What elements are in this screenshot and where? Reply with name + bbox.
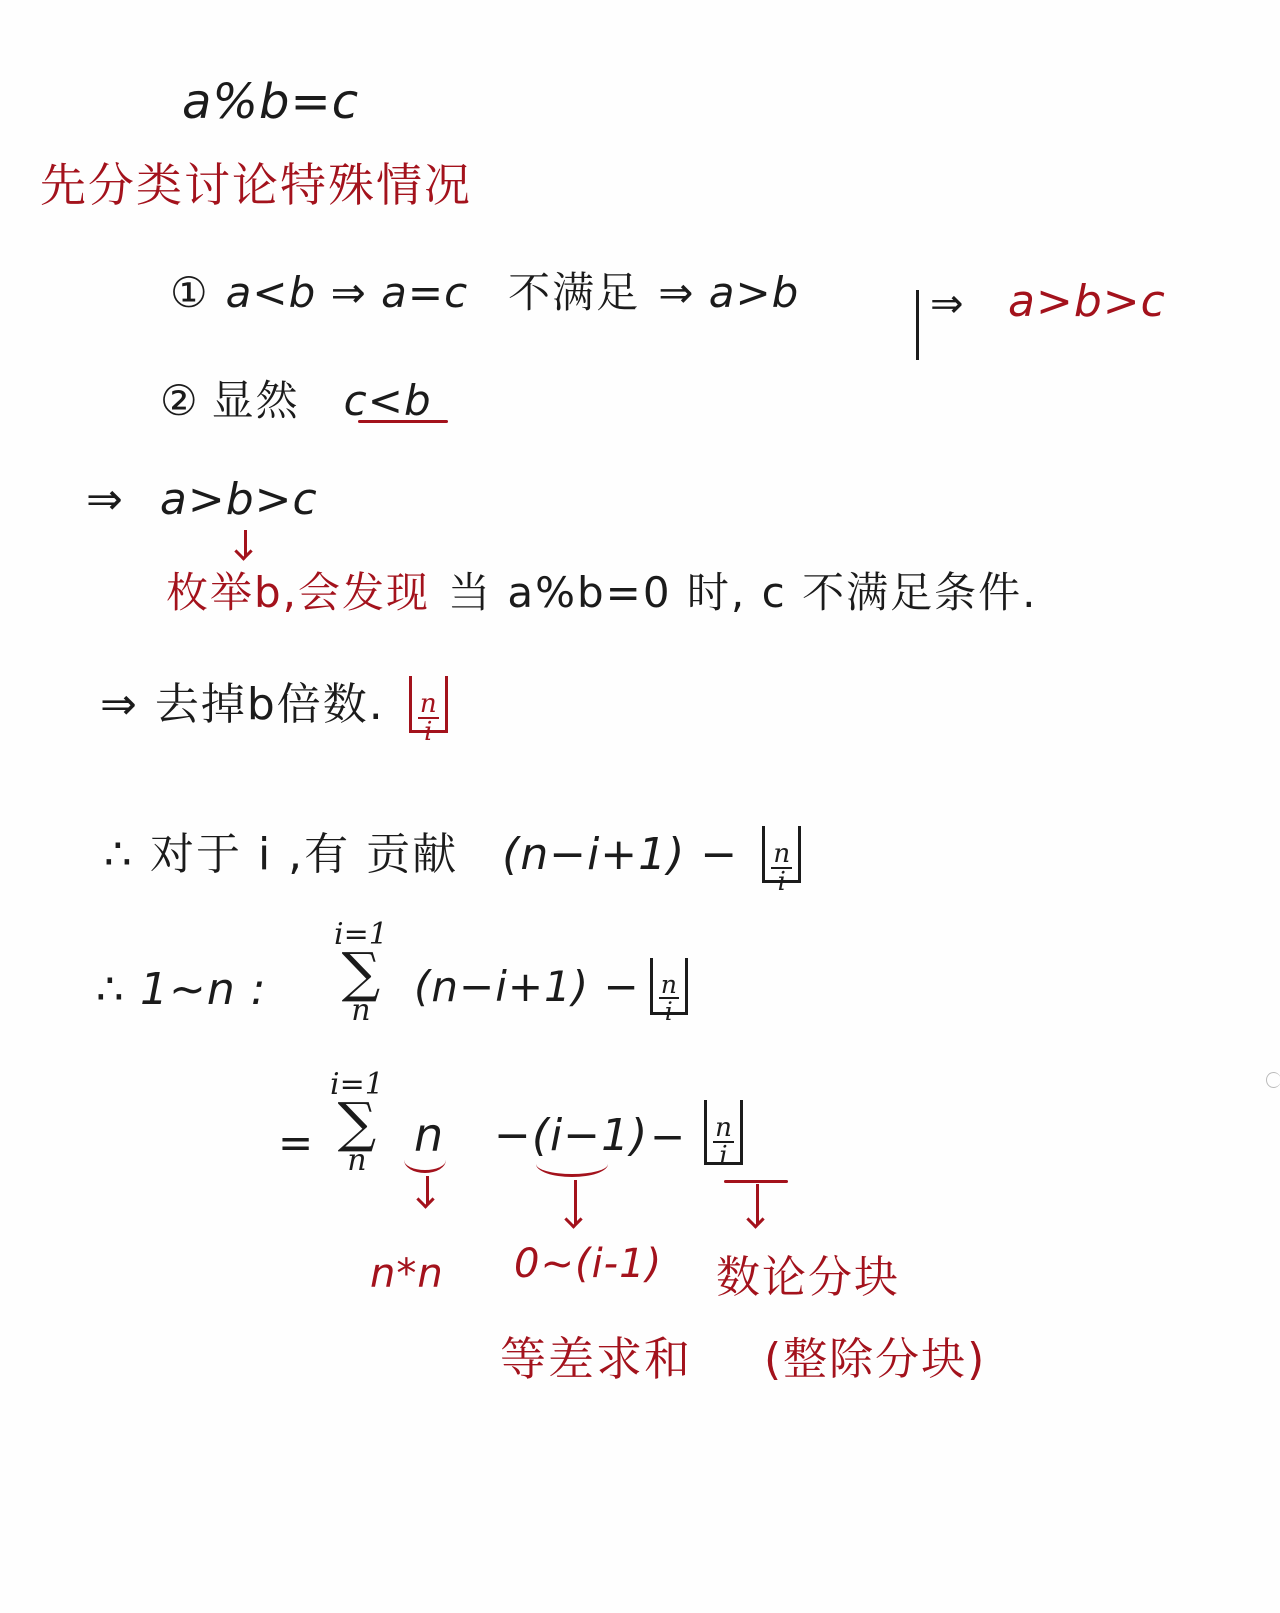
combined-result: a>b>c bbox=[1008, 280, 1166, 324]
case-1-marker: ① bbox=[170, 272, 208, 314]
case-1-expr: a<b ⇒ a=c bbox=[226, 272, 469, 314]
fraction: n i bbox=[659, 972, 679, 1024]
fraction: n i bbox=[713, 1115, 734, 1170]
contribution-prefix: ∴ 对于 i ,有 贡献 bbox=[104, 833, 458, 877]
term-2-underbrace bbox=[536, 1164, 608, 1177]
term-2-method: 等差求和 bbox=[500, 1336, 692, 1382]
expanded-term-2: −(i−1) bbox=[494, 1114, 648, 1158]
floor-n-over-i: n i bbox=[762, 826, 801, 883]
term-3-alt: (整除分块) bbox=[764, 1338, 986, 1382]
margin-scan-mark bbox=[1266, 1072, 1280, 1088]
sigma-sum-1: i=1 ∑ n bbox=[334, 920, 388, 1026]
term-3-underline bbox=[724, 1180, 788, 1183]
fraction: n i bbox=[771, 841, 792, 896]
conclusion-arrow: ⇒ bbox=[86, 478, 124, 522]
term-3-arrow bbox=[756, 1184, 759, 1224]
sigma-lower: n bbox=[351, 996, 370, 1026]
enumerate-note-black: 当 a%b=0 时, c 不满足条件. bbox=[448, 572, 1037, 614]
term-2-note: 0~(i-1) bbox=[514, 1244, 662, 1284]
title-expression: a%b=c bbox=[182, 78, 359, 126]
fraction-denominator: i bbox=[777, 869, 785, 895]
case-1-implication: ⇒ a>b bbox=[658, 272, 799, 314]
fraction-numerator: n bbox=[713, 1115, 734, 1143]
expanded-minus: − bbox=[650, 1116, 685, 1158]
conclusion-line: ⇒ a>b>c bbox=[86, 478, 318, 522]
sum-expr-text: (n−i+1) − bbox=[414, 966, 640, 1008]
case-2-line: ② 显然 c<b bbox=[160, 380, 432, 422]
contribution-line: ∴ 对于 i ,有 贡献 (n−i+1) − n i bbox=[104, 826, 801, 883]
remove-multiples-line: ⇒ 去掉b倍数. n i bbox=[100, 676, 448, 733]
sum-expression: (n−i+1) − n i bbox=[414, 958, 688, 1015]
conclusion-expr: a>b>c bbox=[160, 478, 318, 522]
case-2-marker: ② bbox=[160, 380, 198, 422]
case-1-line: ① a<b ⇒ a=c 不满足 ⇒ a>b bbox=[170, 272, 799, 314]
floor-n-over-i-red: n i bbox=[409, 676, 448, 733]
remove-multiples-text: ⇒ 去掉b倍数. bbox=[100, 683, 385, 727]
case-2-underline bbox=[358, 420, 448, 423]
enumerate-arrow bbox=[244, 530, 247, 556]
fraction-denominator: i bbox=[424, 719, 432, 745]
join-bracket bbox=[916, 290, 919, 360]
fraction-denominator: i bbox=[719, 1143, 727, 1169]
sigma-icon: ∑ bbox=[342, 946, 381, 1000]
expanded-floor: n i bbox=[704, 1100, 743, 1165]
case-2-expr: c<b bbox=[344, 380, 432, 422]
fraction-numerator: n bbox=[771, 841, 792, 869]
term-1-arrow bbox=[426, 1176, 429, 1204]
case-1-text: 不满足 bbox=[508, 272, 640, 314]
fraction-numerator: n bbox=[659, 972, 679, 999]
contribution-expr: (n−i+1) − bbox=[502, 833, 738, 877]
term-2-arrow bbox=[574, 1180, 577, 1224]
heading-special-cases: 先分类讨论特殊情况 bbox=[40, 162, 472, 208]
combine-arrow: ⇒ bbox=[930, 284, 964, 324]
term-3-note: 数论分块 bbox=[716, 1256, 900, 1300]
sigma-icon: ∑ bbox=[338, 1096, 377, 1150]
sigma-lower: n bbox=[347, 1146, 366, 1176]
fraction-denominator: i bbox=[665, 999, 673, 1024]
floor-n-over-i: n i bbox=[650, 958, 688, 1015]
sigma-sum-2: i=1 ∑ n bbox=[330, 1070, 384, 1176]
enumerate-note: 枚举b,会发现 当 a%b=0 时, c 不满足条件. bbox=[166, 572, 1037, 614]
term-1-note: n*n bbox=[370, 1254, 444, 1294]
case-2-text: 显然 bbox=[212, 380, 300, 422]
floor-n-over-i: n i bbox=[704, 1100, 743, 1165]
term-1-underbrace bbox=[404, 1160, 446, 1173]
fraction: n i bbox=[418, 691, 439, 746]
sum-prefix: ∴ 1~n : bbox=[96, 968, 267, 1012]
fraction-numerator: n bbox=[418, 691, 439, 719]
expanded-term-1: n bbox=[414, 1112, 444, 1158]
expanded-eq: = bbox=[278, 1122, 314, 1164]
enumerate-note-red: 枚举b,会发现 bbox=[166, 572, 430, 614]
notes-page: a%b=c 先分类讨论特殊情况 ① a<b ⇒ a=c 不满足 ⇒ a>b ⇒ … bbox=[0, 0, 1280, 1613]
